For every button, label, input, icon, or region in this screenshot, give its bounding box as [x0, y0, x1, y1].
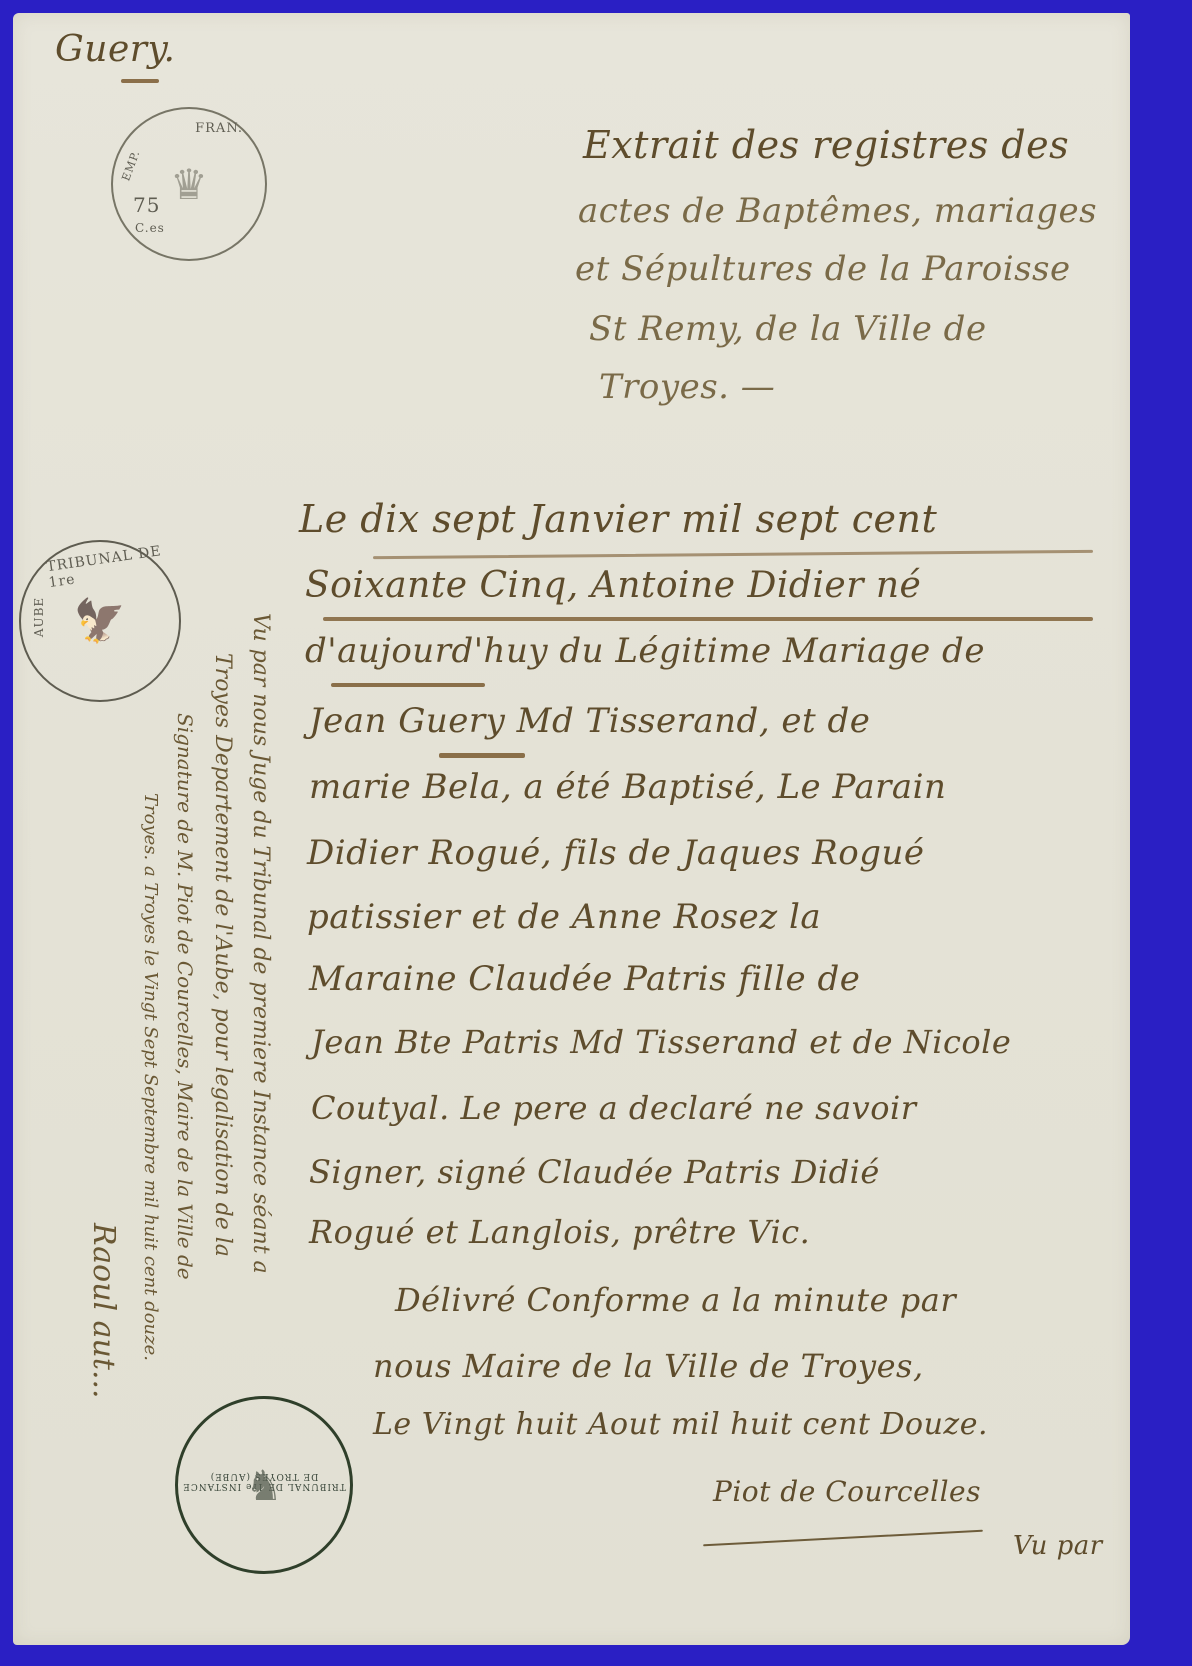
body-line-11: Signer, signé Claudée Patris Didié: [309, 1153, 880, 1191]
tax-stamp-top-text: FRAN.: [195, 121, 243, 136]
body-line-4: Jean Guery Md Tisserand, et de: [309, 701, 870, 741]
eagle-icon: 🦅: [74, 596, 126, 646]
heading-line-4: St Remy, de la Ville de: [589, 309, 987, 349]
mairie-seal: TRIBUNAL DE 1re INSTANCE DE TROYES (AUBE…: [175, 1396, 353, 1574]
tax-stamp-left-text: EMP.: [119, 148, 142, 182]
tax-stamp: FRAN. EMP. ♛ 75 C.es: [111, 107, 267, 261]
margin-judge-signature: Raoul aut...: [86, 1223, 121, 1399]
body-line-3: d'aujourd'huy du Légitime Mariage de: [305, 631, 985, 671]
body-line-7: patissier et de Anne Rosez la: [307, 897, 821, 937]
mayor-signature: Piot de Courcelles: [713, 1475, 981, 1508]
margin-legalization-line-2: Troyes Departement de l'Aube, pour legal…: [210, 653, 235, 1257]
date-underline: [373, 550, 1093, 559]
heading-line-3: et Sépultures de la Paroisse: [575, 249, 1071, 289]
body-line-8: Maraine Claudée Patris fille de: [309, 959, 860, 999]
body-line-6: Didier Rogué, fils de Jaques Rogué: [307, 833, 925, 873]
tribunal-seal-left-text: AUBE: [32, 597, 46, 637]
seated-figure-icon: ♛: [170, 160, 208, 209]
document-paper: Guery. FRAN. EMP. ♛ 75 C.es Extrait des …: [13, 13, 1130, 1645]
tax-stamp-unit: C.es: [135, 221, 165, 235]
heading-line-1: Extrait des registres des: [583, 123, 1069, 167]
body-line-12: Rogué et Langlois, prêtre Vic.: [309, 1213, 810, 1251]
margin-legalization-line-3: Signature de M. Piot de Courcelles, Mair…: [173, 713, 197, 1280]
certification-line-3: Le Vingt huit Aout mil huit cent Douze.: [373, 1407, 988, 1442]
tribunal-seal: TRIBUNAL DE 1re AUBE 🦅: [19, 540, 181, 702]
body-line-5: marie Bela, a été Baptisé, Le Parain: [309, 767, 946, 807]
body-line-1: Le dix sept Janvier mil sept cent: [299, 497, 937, 541]
corner-surname-underline: [121, 79, 159, 83]
birth-underline: [331, 683, 485, 687]
body-line-10: Coutyal. Le pere a declaré ne savoir: [311, 1089, 917, 1127]
margin-legalization-line-1: Vu par nous Juge du Tribunal de premiere…: [248, 613, 273, 1274]
body-line-9: Jean Bte Patris Md Tisserand et de Nicol…: [311, 1023, 1011, 1061]
tribunal-seal-top-text: TRIBUNAL DE 1re: [45, 541, 180, 591]
standing-figure-icon: ♞: [245, 1461, 283, 1510]
corner-surname: Guery.: [55, 29, 175, 70]
margin-legalization-line-4: Troyes. a Troyes le Vingt Sept Septembre…: [140, 793, 161, 1361]
signature-flourish: [703, 1530, 983, 1547]
child-name-underline: [323, 617, 1093, 621]
vu-par-annotation: Vu par: [1013, 1531, 1103, 1561]
father-name-underline: [439, 753, 525, 758]
tax-stamp-value: 75: [133, 193, 160, 217]
heading-line-2: actes de Baptêmes, mariages: [578, 191, 1097, 231]
certification-line-2: nous Maire de la Ville de Troyes,: [373, 1347, 924, 1385]
certification-line-1: Délivré Conforme a la minute par: [395, 1281, 956, 1319]
body-line-2: Soixante Cinq, Antoine Didier né: [305, 565, 921, 606]
heading-line-5: Troyes. —: [599, 367, 775, 407]
